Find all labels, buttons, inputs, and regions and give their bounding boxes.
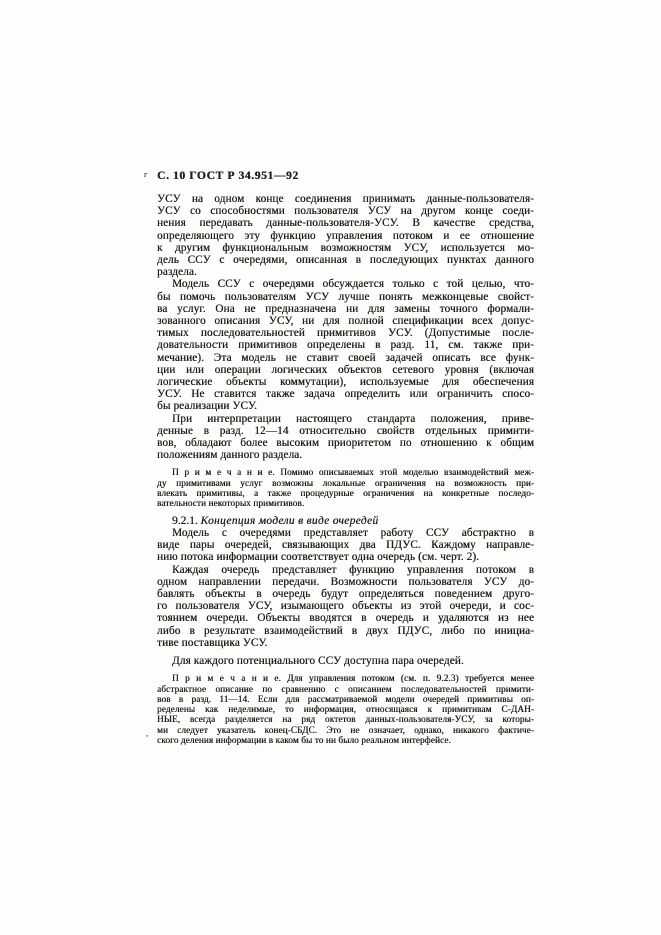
- text-line: тимых последовательностей примитивов УСУ…: [157, 327, 534, 339]
- text-line: При интерпретации настоящего стандарта п…: [157, 413, 534, 425]
- text-line: логические объекты коммутации), использу…: [157, 376, 534, 388]
- section-number: 9.2.1.: [172, 515, 200, 527]
- text-line: тиве поставщика УСУ.: [157, 637, 534, 649]
- text-line: УСУ со способностями пользователя УСУ на…: [157, 205, 534, 217]
- text-line: Каждая очередь представляет функцию упра…: [157, 564, 534, 576]
- text-line: довательности примитивов определены в ра…: [157, 339, 534, 351]
- text-line: Модель с очередями представляет работу С…: [157, 527, 534, 539]
- text-line: П р и м е ч а н и е. Для управления пото…: [157, 674, 534, 684]
- scan-artifact-mark: г: [144, 170, 147, 179]
- text-line: мечание). Эта модель не ставит своей зад…: [157, 352, 534, 364]
- text-line: нения передавать данные-пользователя-УСУ…: [157, 217, 534, 229]
- text-column: С. 10 ГОСТ Р 34.951—92 УСУ на одном конц…: [157, 169, 534, 746]
- text-line: Модель ССУ с очередями обсуждается тольк…: [157, 278, 534, 290]
- text-line: либо в результате взаимодействий в двух …: [157, 625, 534, 637]
- text-line: денные в разд. 12—14 относительно свойст…: [157, 425, 534, 437]
- scan-artifact-speck: ,: [146, 729, 148, 738]
- text-line: зованного описания УСУ, ни для полной сп…: [157, 315, 534, 327]
- text-line: вов, обладают более высоким приоритетом …: [157, 437, 534, 449]
- text-line: определяющего эту функцию управления пот…: [157, 230, 534, 242]
- text-line: бы реализации УСУ.: [157, 400, 534, 412]
- text-line: бавлять объекты в очередь будут определя…: [157, 588, 534, 600]
- text-line: Для каждого потенциального ССУ доступна …: [157, 655, 534, 667]
- text-line: ределены как неделимые, то информация, о…: [157, 705, 534, 715]
- note-paragraph: П р и м е ч а н и е. Помимо описываемых …: [157, 468, 534, 509]
- text-line: УСУ на одном конце соединения принимать …: [157, 193, 534, 205]
- text-line: ду примитивами услуг возможны локальные …: [157, 479, 534, 489]
- text-line: вательности некоторых примитивов.: [157, 499, 534, 509]
- note-paragraph: П р и м е ч а н и е. Для управления пото…: [157, 674, 534, 746]
- body-paragraph: Для каждого потенциального ССУ доступна …: [157, 655, 534, 667]
- page-header: С. 10 ГОСТ Р 34.951—92: [157, 169, 534, 182]
- text-line: раздела.: [157, 266, 534, 278]
- text-line: УСУ. Не ставится также задача определить…: [157, 388, 534, 400]
- text-line: дель ССУ с очередями, описанная в послед…: [157, 254, 534, 266]
- text-line: виде пары очередей, связывающих два ПДУС…: [157, 539, 534, 551]
- text-line: ва услуг. Она не предназначена ни для за…: [157, 303, 534, 315]
- section-heading: 9.2.1. Концепция модели в виде очередей: [157, 515, 534, 527]
- text-line: абстрактное описание по сравнению с опис…: [157, 685, 534, 695]
- text-line: нию потока информации соответствует одна…: [157, 551, 534, 563]
- text-line: П р и м е ч а н и е. Помимо описываемых …: [157, 468, 534, 478]
- body-paragraph: При интерпретации настоящего стандарта п…: [157, 413, 534, 462]
- text-line: влекать примитивы, а также процедурные о…: [157, 489, 534, 499]
- section-title: Концепция модели в виде очередей: [200, 515, 378, 527]
- text-line: тоянием очереди. Объекты вводятся в очер…: [157, 612, 534, 624]
- body-paragraph: Модель ССУ с очередями обсуждается тольк…: [157, 278, 534, 412]
- body-paragraph: Каждая очередь представляет функцию упра…: [157, 564, 534, 649]
- text-line: ми следует указатель конец-СБДС. Это не …: [157, 726, 534, 736]
- text-line: ции или операции логических объектов сет…: [157, 364, 534, 376]
- text-line: положениям данного раздела.: [157, 449, 534, 461]
- body-paragraph: Модель с очередями представляет работу С…: [157, 527, 534, 564]
- text-line: бы помочь пользователям УСУ лучше понять…: [157, 291, 534, 303]
- body-paragraph: УСУ на одном конце соединения принимать …: [157, 193, 534, 278]
- text-line: вов в разд. 11—14. Если для рассматривае…: [157, 695, 534, 705]
- text-line: ского деления информации в каком бы то н…: [157, 736, 534, 746]
- text-line: НЫЕ, всегда разделяется на ряд октетов д…: [157, 715, 534, 725]
- scanned-document-page: г , С. 10 ГОСТ Р 34.951—92 УСУ на одном …: [0, 0, 661, 935]
- text-line: к другим функциональным возможностям УСУ…: [157, 242, 534, 254]
- text-line: одном направлении передачи. Возможности …: [157, 576, 534, 588]
- document-body: УСУ на одном конце соединения принимать …: [157, 193, 534, 746]
- text-line: го пользователя УСУ, изымающего объекты …: [157, 600, 534, 612]
